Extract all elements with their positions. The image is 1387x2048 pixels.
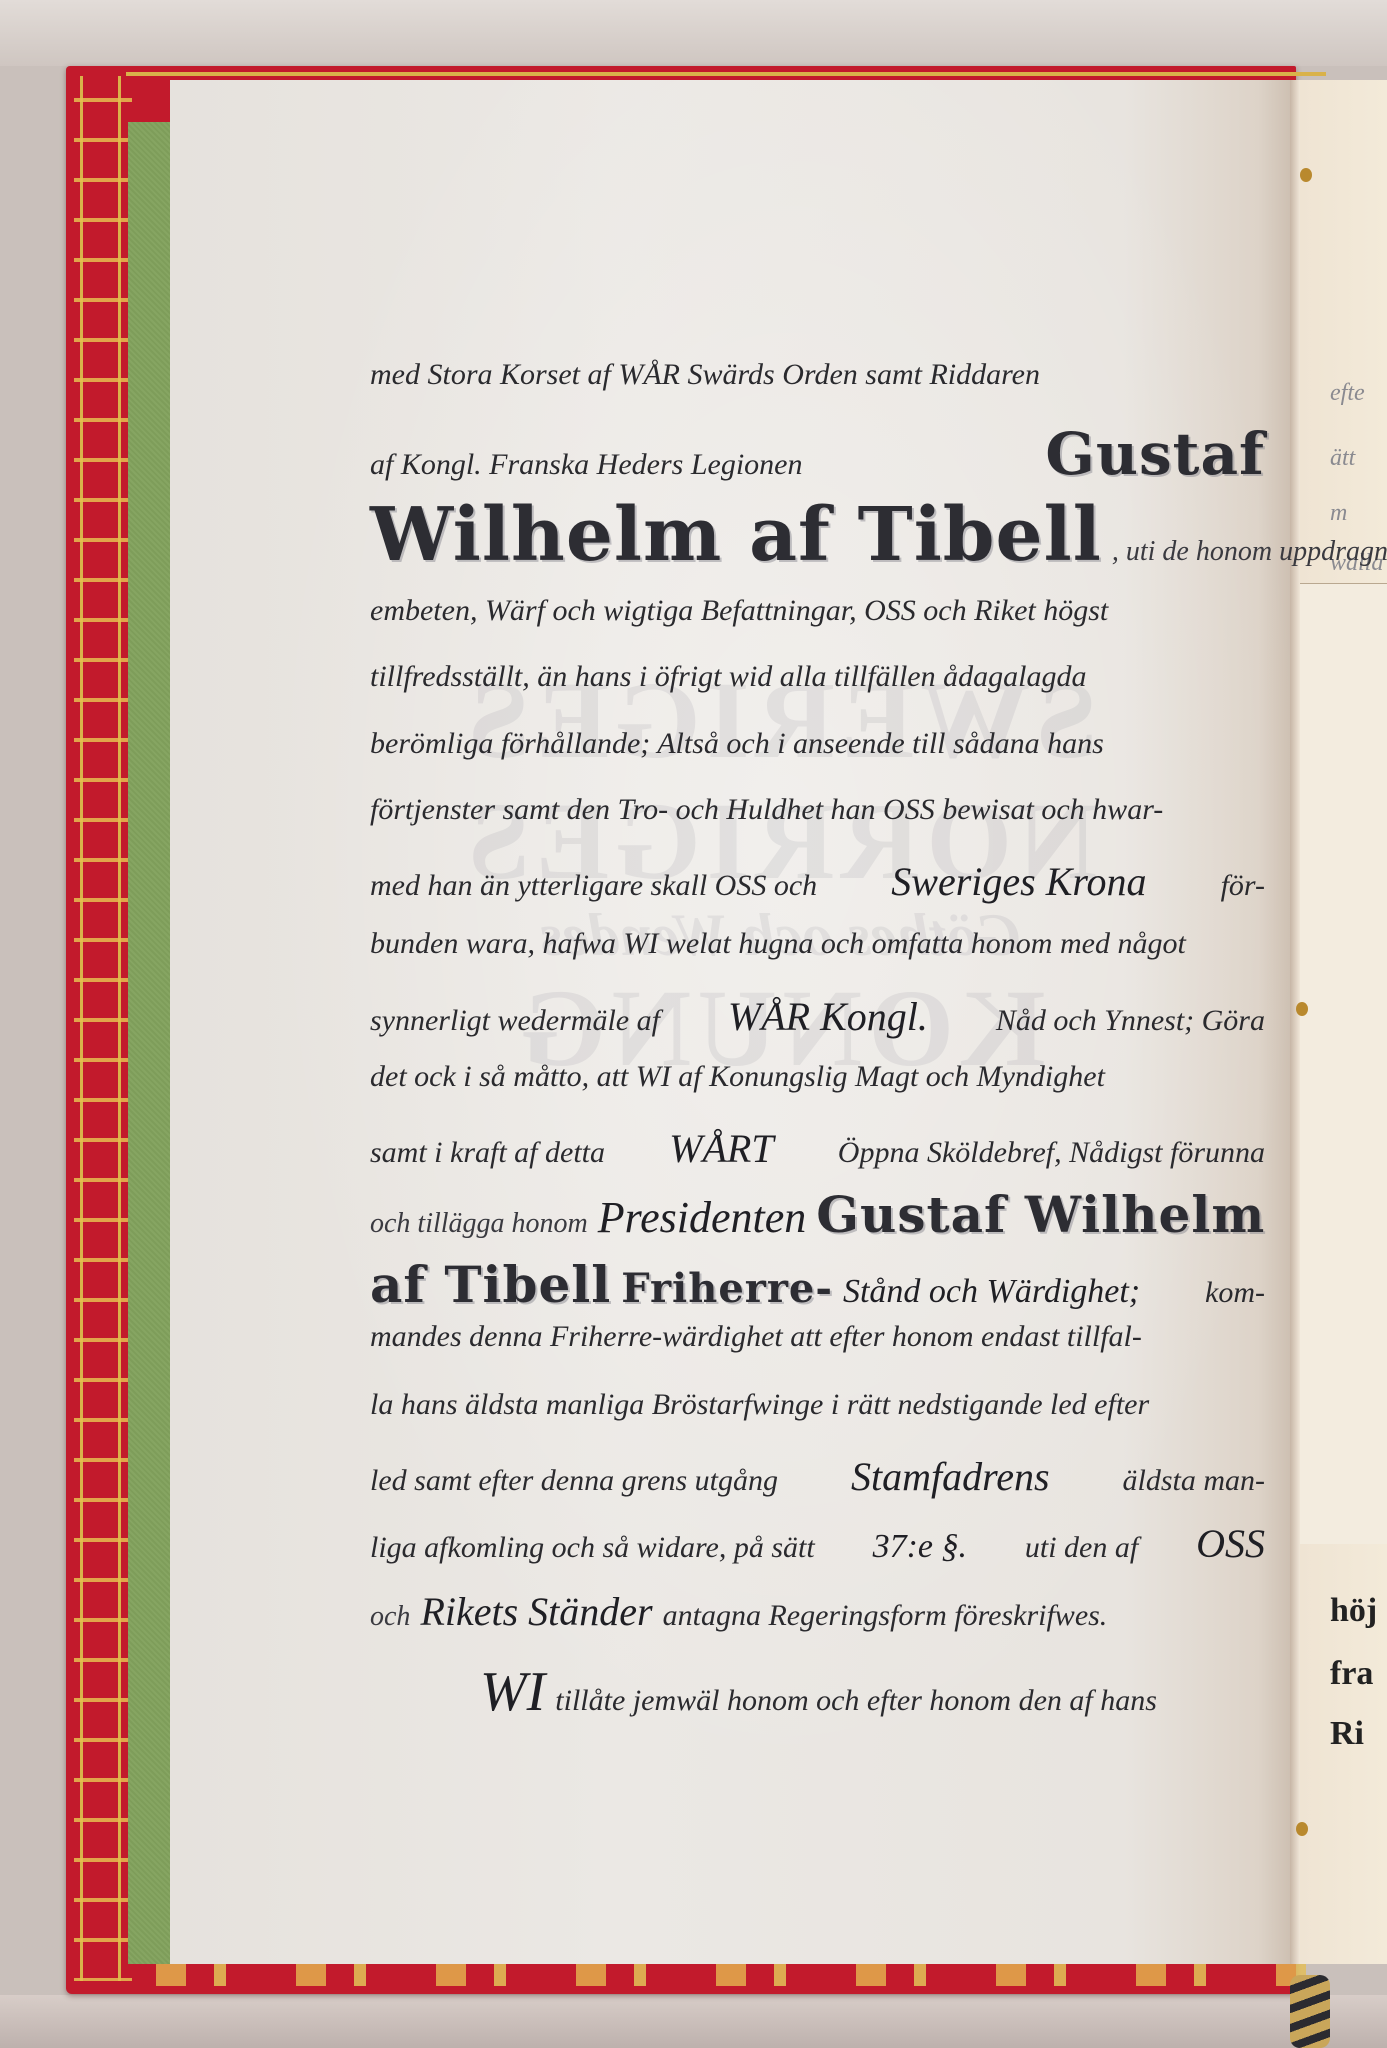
line-text: bunden wara, hafwa WI welat hugna och om… <box>370 927 1186 961</box>
text-line: af Kongl. Franska Heders Legionen Gustaf <box>370 420 1265 488</box>
text-line: Wilhelm af Tibell , uti de honom uppdrag… <box>370 492 1265 578</box>
line-text: antagna Regeringsform föreskrifwes. <box>663 1599 1108 1633</box>
line-text: Öppna Sköldebref, Nådigst förunna <box>838 1136 1265 1170</box>
text-line: la hans äldsta manliga Bröstarfwinge i r… <box>370 1388 1265 1422</box>
line-text: tillåte jemwäl honom och efter honom den… <box>555 1684 1157 1718</box>
adjacent-word: fra <box>1330 1655 1373 1693</box>
gold-tooling-top <box>126 72 1326 76</box>
text-line: WI tillåte jemwäl honom och efter honom … <box>480 1660 1265 1724</box>
line-text: af Kongl. Franska Heders Legionen <box>370 448 802 482</box>
text-line: embeten, Wärf och wigtiga Befattningar, … <box>370 594 1265 628</box>
text-line: liga afkomling och så widare, på sätt 37… <box>370 1520 1265 1567</box>
green-endpaper <box>128 122 170 1964</box>
text-line: och tillägga honom Presidenten Gustaf Wi… <box>370 1185 1265 1244</box>
text-line: mandes denna Friherre-wärdighet att efte… <box>370 1320 1265 1354</box>
text-line: det ock i så måtto, att WI af Konungslig… <box>370 1060 1265 1094</box>
name-gustaf-wilhelm: Gustaf Wilhelm <box>816 1185 1265 1244</box>
wi-initial: WI <box>480 1660 545 1724</box>
war-kongl: WÅR Kongl. <box>728 993 928 1040</box>
stamfadrens: Stamfadrens <box>851 1453 1050 1500</box>
line-text: samt i kraft af detta <box>370 1136 605 1170</box>
binding-tie-mark <box>1300 168 1312 182</box>
text-line: med han än ytterligare skall OSS och Swe… <box>370 858 1265 905</box>
stand-och-wardighet: Stånd och Wärdighet; <box>843 1273 1140 1311</box>
paragraph-ref: 37:e §. <box>873 1528 967 1566</box>
line-text: uti den af <box>1025 1531 1138 1565</box>
line-text: , uti de honom uppdragna <box>1112 536 1387 568</box>
line-text: tillfredsställt, än hans i öfrigt wid al… <box>370 660 1086 694</box>
text-line: och Rikets Ständer antagna Regeringsform… <box>370 1588 1265 1635</box>
name-wilhelm-af-tibell: Wilhelm af Tibell <box>370 492 1102 578</box>
line-text: synnerligt wedermäle af <box>370 1004 660 1038</box>
adjacent-word: höj <box>1330 1592 1377 1630</box>
text-line: led samt efter denna grens utgång Stamfa… <box>370 1453 1265 1500</box>
scan-background-bottom <box>0 1995 1387 2048</box>
line-text: liga afkomling och så widare, på sätt <box>370 1531 815 1565</box>
adjacent-word: ätt <box>1330 445 1355 472</box>
line-text: äldsta man- <box>1123 1464 1266 1498</box>
adjacent-word: m <box>1330 500 1347 527</box>
name-af-tibell: af Tibell <box>370 1255 611 1314</box>
binding-tie-mark <box>1296 1822 1308 1836</box>
line-text: la hans äldsta manliga Bröstarfwinge i r… <box>370 1388 1149 1422</box>
name-gustaf: Gustaf <box>1045 420 1265 488</box>
adjacent-word: Ri <box>1330 1715 1364 1753</box>
line-text: och tillägga honom <box>370 1208 588 1240</box>
gold-tooling-bottom <box>126 1964 1326 1986</box>
page-gutter <box>1290 80 1300 1964</box>
text-line: af Tibell Friherre- Stånd och Wärdighet;… <box>370 1255 1265 1314</box>
oss: OSS <box>1196 1520 1265 1567</box>
text-line: tillfredsställt, än hans i öfrigt wid al… <box>370 660 1265 694</box>
line-text: embeten, Wärf och wigtiga Befattningar, … <box>370 594 1108 628</box>
presidenten: Presidenten <box>598 1192 807 1243</box>
text-line: samt i kraft af detta WÅRT Öppna Sköldeb… <box>370 1125 1265 1172</box>
wart: WÅRT <box>669 1125 773 1172</box>
text-line: förtjenster samt den Tro- och Huldhet ha… <box>370 793 1265 827</box>
line-text: berömliga förhållande; Altså och i ansee… <box>370 727 1104 761</box>
text-line: bunden wara, hafwa WI welat hugna och om… <box>370 927 1265 961</box>
line-text: med Stora Korset af WÅR Swärds Orden sam… <box>370 358 1040 392</box>
adjacent-page: efte ätt m walla höj fra Ri <box>1300 80 1387 1964</box>
inserted-leaf <box>1300 583 1387 1544</box>
line-text: och <box>370 1601 410 1633</box>
line-text: med han än ytterligare skall OSS och <box>370 869 817 903</box>
friherre: Friherre- <box>621 1265 833 1312</box>
silk-cord <box>1290 1975 1330 2048</box>
gold-tooling-left <box>74 76 132 1981</box>
sweriges-krona: Sweriges Krona <box>891 858 1146 905</box>
line-text: mandes denna Friherre-wärdighet att efte… <box>370 1320 1142 1354</box>
line-text: kom- <box>1205 1276 1265 1310</box>
text-line: synnerligt wedermäle af WÅR Kongl. Nåd o… <box>370 993 1265 1040</box>
text-line: med Stora Korset af WÅR Swärds Orden sam… <box>370 358 1265 392</box>
binding-tie-mark <box>1296 1002 1308 1016</box>
text-line: berömliga förhållande; Altså och i ansee… <box>370 727 1265 761</box>
adjacent-word: efte <box>1330 380 1365 407</box>
line-text: Nåd och Ynnest; Göra <box>996 1004 1265 1038</box>
line-text: för- <box>1221 869 1265 903</box>
line-text: förtjenster samt den Tro- och Huldhet ha… <box>370 793 1163 827</box>
rikets-stander: Rikets Ständer <box>420 1588 652 1635</box>
line-text: led samt efter denna grens utgång <box>370 1464 778 1498</box>
line-text: det ock i så måtto, att WI af Konungslig… <box>370 1060 1105 1094</box>
scan-background-top <box>0 0 1387 66</box>
